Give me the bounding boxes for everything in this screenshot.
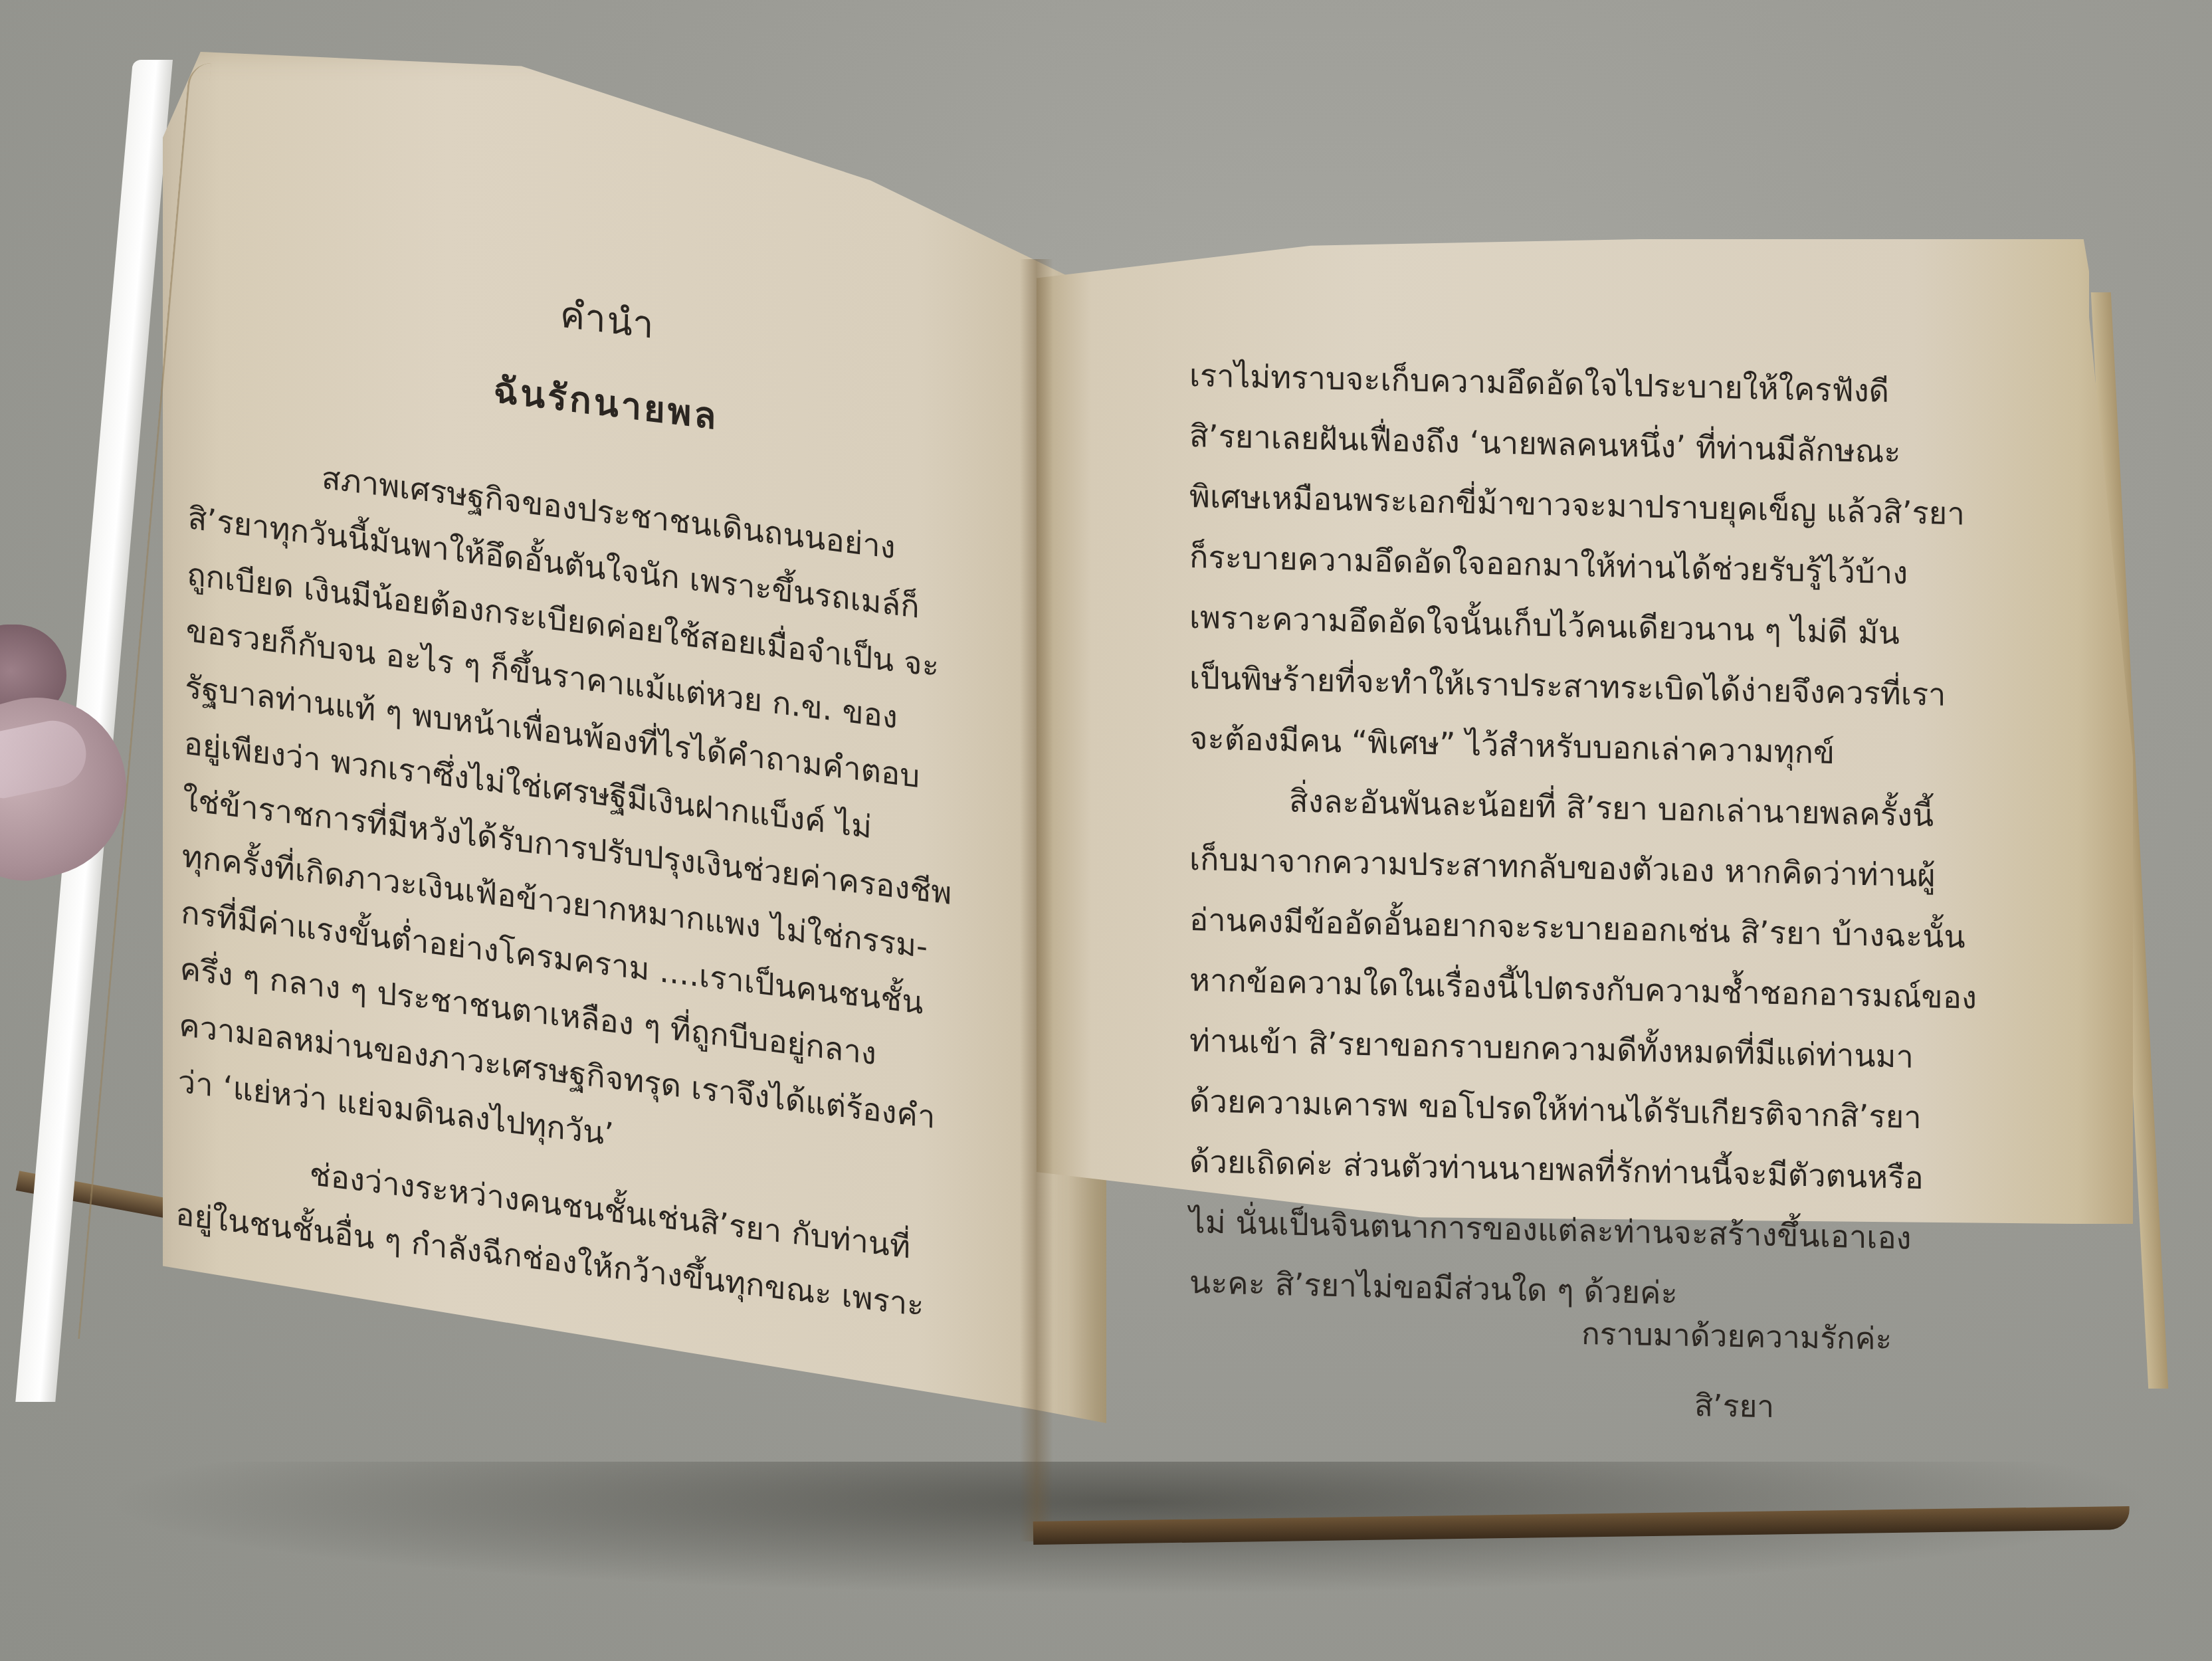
closing-line: กราบมาด้วยความรักค่ะ — [1581, 1310, 1892, 1363]
left-page-text: คำนำ ฉันรักนายพล สภาพเศรษฐกิจของประชาชนเ… — [175, 239, 1023, 1344]
right-page-text: เราไม่ทราบจะเก็บความอึดอัดใจไประบายให้ใค… — [1189, 345, 1987, 1331]
author-signature: สิ’รยา — [1694, 1381, 1774, 1431]
spine-gutter — [1020, 259, 1053, 1541]
book-photo: คำนำ ฉันรักนายพล สภาพเศรษฐกิจของประชาชนเ… — [0, 0, 2212, 1661]
